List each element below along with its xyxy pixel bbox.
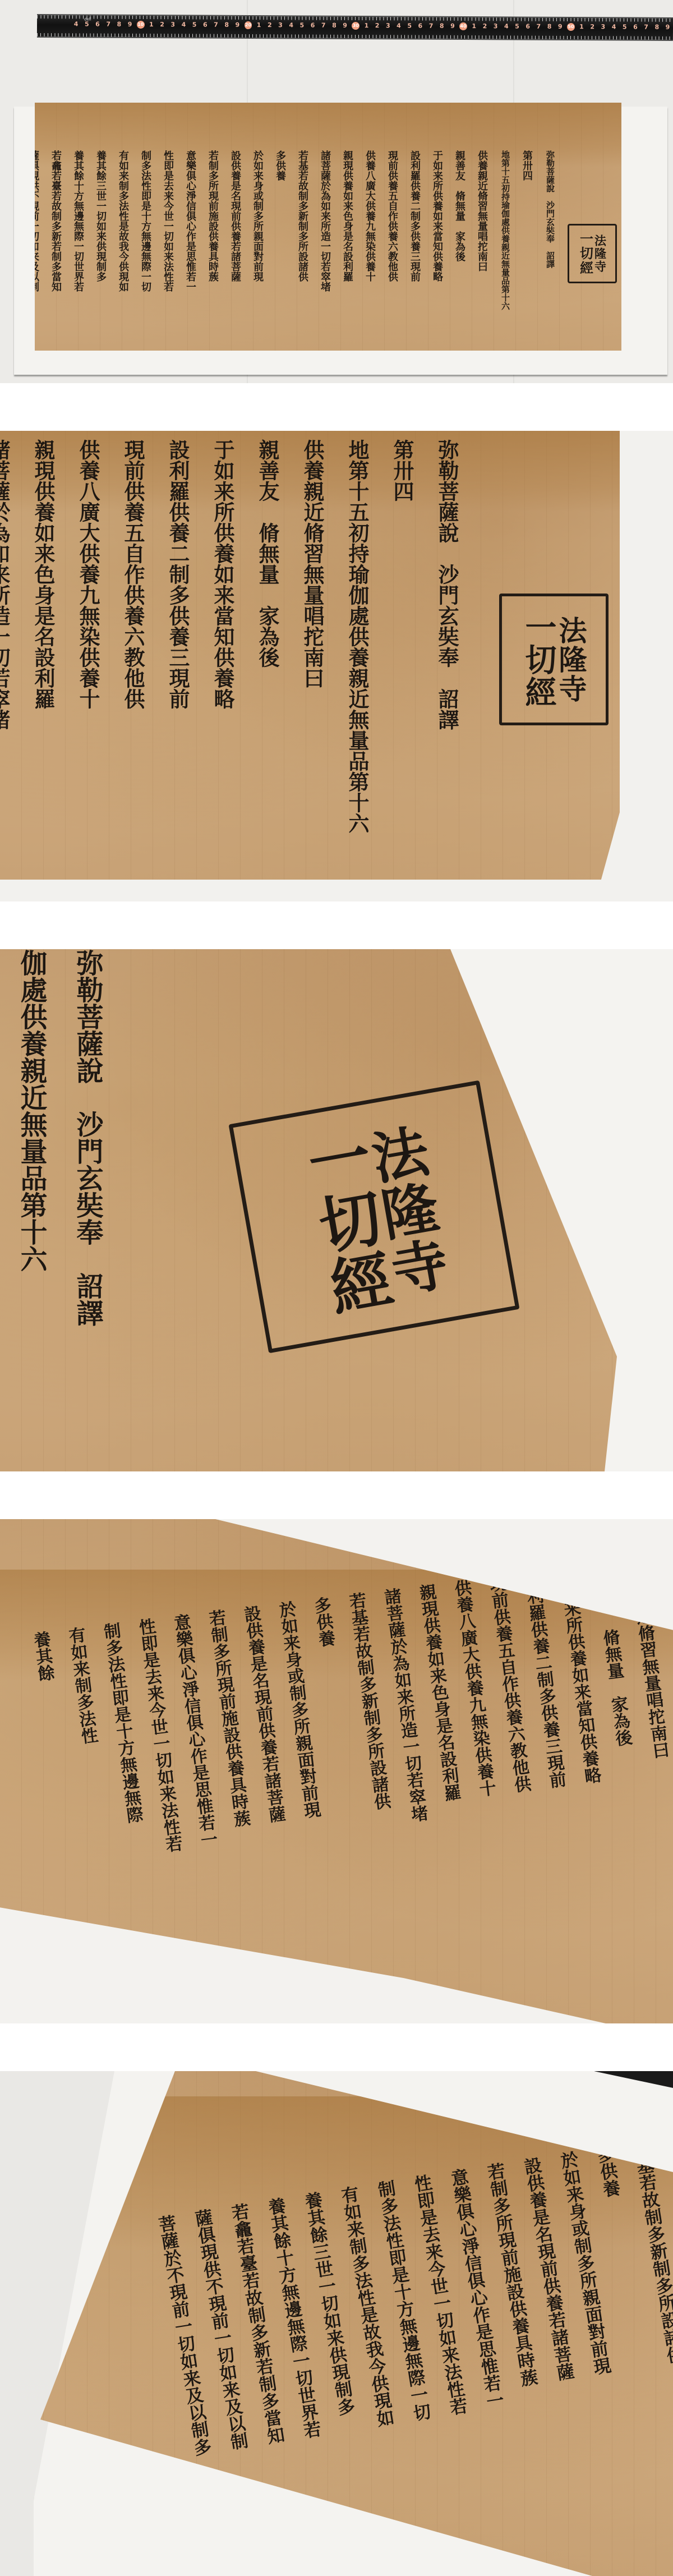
ruler-number: 2 (372, 22, 382, 30)
ruler-number: 2 (264, 21, 275, 29)
ruler-number: 8 (114, 21, 125, 29)
ruler-number: 40 (459, 22, 467, 30)
text-column: 伽處供養親近無量品第十六 (6, 949, 45, 1387)
ruler-number: 8 (329, 22, 339, 30)
text-column: 地第十五初持瑜伽處供養親近無量品第十六 (487, 150, 509, 335)
ruler-number: 2 (480, 22, 490, 30)
seal-line-1: 法隆寺 (594, 234, 606, 273)
ruler-number: 1 (576, 23, 587, 31)
text-column: 多供養 (262, 150, 285, 335)
text-column: 弥勒菩薩說 沙門玄奘奉 詔譯 (62, 949, 101, 1387)
text-column: 于如来所供養如来當知供養略 (188, 439, 233, 753)
ruler-number: 7 (533, 23, 544, 31)
text-column: 諸菩薩於為如来所造一切若窣堵 (307, 150, 330, 335)
ruler-number: 4 (609, 23, 619, 31)
text-column: 制多法性即是十方無邊無際一切 (128, 150, 150, 335)
ruler-number: 2 (156, 21, 167, 29)
text-columns: 弥勒菩薩說 沙門玄奘奉 詔譯第卅四地第十五初持瑜伽處供養親近無量品第十六供養親近… (0, 439, 457, 753)
text-column: 現前供養五自作供養六教他供 (98, 439, 143, 753)
ruler-number: 1 (146, 21, 156, 29)
ruler-number: 30 (352, 22, 359, 30)
text-column: 性即是去来今世一切如来法性若 (150, 150, 173, 335)
text-columns: 弥勒菩薩說 沙門玄奘奉 詔譯第卅四地第十五初持瑜伽處供養親近無量品第十六供養親近… (35, 150, 554, 335)
ruler-number: 3 (382, 22, 393, 30)
text-column: 供養八廣大供養九無染供養十 (352, 150, 375, 335)
ruler-number: 4 (286, 21, 297, 29)
text-column: 第卅四 (367, 439, 412, 753)
ruler-number: 9 (447, 22, 458, 30)
ruler-numbers: 4567891012345678920123456789301234567894… (71, 20, 673, 31)
ruler-number: 8 (544, 23, 555, 31)
ruler-number: 8 (652, 24, 662, 31)
temple-seal: 法隆寺 一切經 (229, 1080, 520, 1354)
ruler-number: 2 (587, 23, 598, 31)
text-column: 親現供養如来色身是名設利羅 (8, 439, 53, 753)
text-column: 若制多所現前施設供養具時蔟 (195, 150, 218, 335)
temple-seal: 法隆寺 一切經 (568, 224, 617, 283)
ruler-number: 6 (523, 23, 533, 31)
ruler-number: 10 (137, 21, 145, 29)
text-column: 養其餘十方無邊無際一切世界若 (61, 150, 83, 335)
text-column: 設供養是名現前供養若諸菩薩 (218, 150, 240, 335)
ruler-number: 1 (469, 22, 480, 30)
divider (0, 2023, 673, 2071)
divider (0, 901, 673, 949)
ruler-number: 20 (244, 21, 252, 29)
ruler-number: 6 (415, 22, 426, 30)
manuscript-fragment: 弥勒菩薩說 沙門玄奘奉 詔譯第卅四地第十五初持瑜伽處供養親近無量品第十六供養親近… (35, 103, 621, 351)
text-column: 弥勒菩薩說 沙門玄奘奉 詔譯 (412, 439, 457, 753)
ruler-number: 7 (103, 21, 114, 29)
ruler-number: 5 (619, 23, 630, 31)
ruler-number: 8 (436, 22, 447, 30)
ruler-number: 5 (297, 21, 307, 29)
ruler-number: 4 (393, 22, 404, 30)
text-column: 設利羅供養二制多供養三現前 (143, 439, 188, 753)
ruler-number: 3 (275, 21, 285, 29)
text-column: 弥勒菩薩說 沙門玄奘奉 詔譯 (532, 150, 554, 335)
ruler-number: 4 (501, 22, 511, 30)
ruler-number: 3 (490, 22, 501, 30)
ruler-number: 4 (71, 20, 81, 28)
ruler-number: 3 (168, 21, 178, 29)
ruler-number: 7 (426, 22, 436, 30)
seal-line-2: 一切經 (579, 232, 592, 275)
text-column: 設利羅供養二制多供養三現前 (397, 150, 420, 335)
text-column: 諸菩薩於為如来所造一切若窣堵 (0, 439, 8, 753)
ruler-number: 9 (232, 21, 243, 29)
text-column: 供養八廣大供養九無染供養十 (53, 439, 98, 753)
ruler-number: 5 (189, 21, 200, 29)
manuscript-fragment: 弥勒菩薩說 沙門玄奘奉 詔譯第卅四地第十五初持瑜伽處供養親近無量品第十六供養親近… (0, 431, 620, 880)
photo-panel-full-view: deli 45678910123456789201234567893012345… (0, 0, 673, 383)
ruler-number: 7 (318, 22, 329, 30)
ruler-number: 6 (92, 21, 103, 29)
text-column: 意樂俱心淨信俱心作是思惟若一 (173, 150, 195, 335)
ruler-number: 3 (598, 23, 609, 31)
text-column: 現前供養五自作供養六教他供 (375, 150, 397, 335)
photo-panel-closeup-right: 弥勒菩薩說 沙門玄奘奉 詔譯第卅四地第十五初持瑜伽處供養親近無量品第十六供養親近… (0, 431, 673, 901)
ruler-number: 50 (567, 23, 575, 31)
text-column: 若基若故制多新制多所設諸供 (285, 150, 307, 335)
seal-line-2: 一切經 (523, 611, 555, 709)
text-column: 于如来所供養如来當知供養略 (420, 150, 442, 335)
divider (0, 383, 673, 431)
text-column: 親善友 脩無量 家為後 (233, 439, 278, 753)
ruler-number: 6 (307, 22, 318, 30)
ruler-number: 8 (222, 21, 232, 29)
ruler-number: 6 (200, 21, 210, 29)
temple-seal: 法隆寺 一切經 (499, 594, 609, 725)
text-column: 供養親近脩習無量唱拕南曰 (464, 150, 487, 335)
text-column: 養其餘三世一切如来供現制多 (83, 150, 105, 335)
text-column: 親善友 脩無量 家為後 (442, 150, 464, 335)
text-column: 第卅四 (509, 150, 532, 335)
photo-panel-seal-closeup: 弥勒菩薩說 沙門玄奘奉 詔譯伽處供養親近無量品第十六 法隆寺 一切經 (0, 949, 673, 1471)
text-column: 於如来身或制多所親面對前現 (240, 150, 262, 335)
ruler-number: 4 (178, 21, 189, 29)
photo-panel-angled-right: 地第十五初持瑜伽處供養親近無量品第十六供養親近脩習無量唱拕南曰親善友 脩無量 家… (0, 1519, 673, 2023)
ruler-number: 9 (125, 21, 135, 29)
ruler-number: 9 (662, 24, 673, 31)
text-columns: 弥勒菩薩說 沙門玄奘奉 詔譯伽處供養親近無量品第十六 (6, 949, 101, 1387)
ruler-number: 5 (81, 20, 92, 28)
ruler-number: 1 (253, 21, 264, 29)
ruler-number: 7 (210, 21, 221, 29)
ruler-number: 5 (511, 22, 522, 30)
text-column: 親現供養如来色身是名設利羅 (330, 150, 352, 335)
ruler-number: 5 (404, 22, 415, 30)
text-column: 供養親近脩習無量唱拕南曰 (278, 439, 322, 753)
ruler-number: 7 (641, 24, 652, 31)
divider (0, 1471, 673, 1519)
ruler-number: 9 (340, 22, 351, 30)
measuring-ruler: deli 45678910123456789201234567893012345… (37, 14, 673, 41)
text-column: 若龕若臺若故制多新若制多當知 (38, 150, 61, 335)
seal-line-1: 法隆寺 (557, 616, 585, 703)
photo-panel-angled-left: 諸菩薩於為如来所造一切若窣堵若基若故制多新制多所設諸供多供養於如来身或制多所親面… (0, 2071, 673, 2576)
text-column: 有如来制多法性是故我今供現如 (105, 150, 128, 335)
text-column: 地第十五初持瑜伽處供養親近無量品第十六 (322, 439, 367, 753)
ruler-number: 9 (555, 23, 565, 31)
ruler-number: 1 (361, 22, 372, 30)
ruler-number: 6 (630, 24, 640, 31)
